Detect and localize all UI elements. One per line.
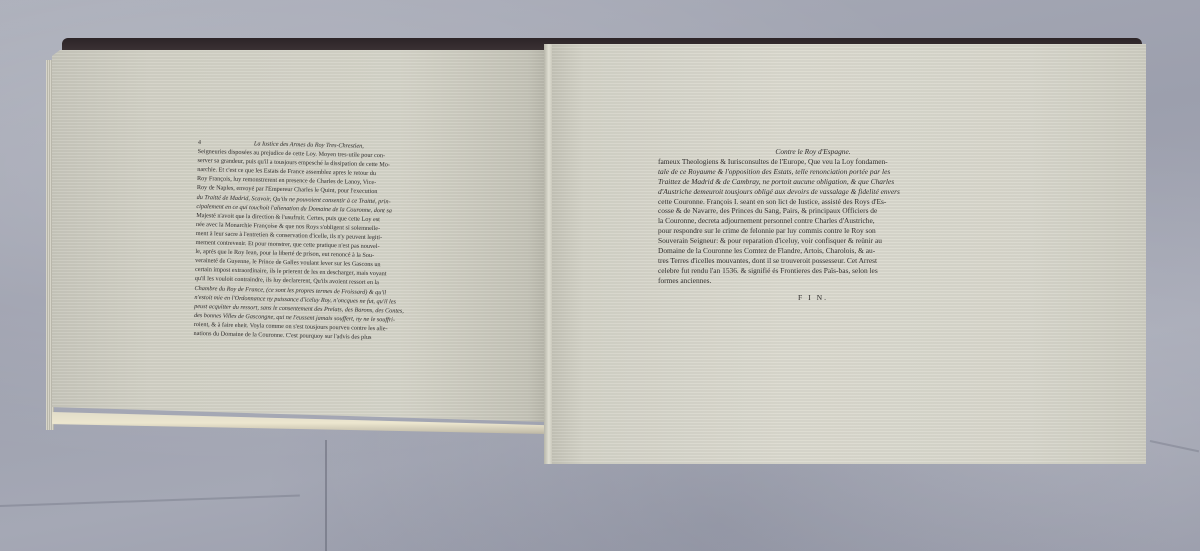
- text-line: la Couronne, decreta adjournement person…: [658, 216, 968, 226]
- cloth-fold: [0, 495, 300, 507]
- text-line: tale de ce Royaume & l'opposition des Es…: [658, 167, 968, 177]
- text-line: celebre fut rendu l'an 1536. & signifié …: [658, 266, 968, 276]
- right-page: Contre le Roy d'Espagne. fameux Theologi…: [548, 44, 1146, 464]
- running-head-title: Contre le Roy d'Espagne.: [775, 147, 850, 157]
- right-page-text: Contre le Roy d'Espagne. fameux Theologi…: [658, 147, 968, 303]
- text-line: formes anciennes.: [658, 276, 968, 286]
- cloth-fold: [1150, 440, 1199, 452]
- book-gutter: [544, 44, 552, 464]
- text-line: Domaine de la Couronne les Comtez de Fla…: [658, 246, 968, 256]
- right-running-head: Contre le Roy d'Espagne.: [658, 147, 968, 157]
- text-line: cette Couronne. François I. seant en son…: [658, 197, 968, 207]
- text-line: cosse & de Navarre, des Princes du Sang,…: [658, 206, 968, 216]
- fin-ending: F I N.: [658, 293, 968, 303]
- left-page-text: 4 La Iustice des Armes du Roy Tres-Chres…: [193, 138, 419, 343]
- text-line: fameux Theologiens & Iurisconsultes de l…: [658, 157, 968, 167]
- text-line: pour respondre sur le crime de felonnie …: [658, 226, 968, 236]
- page-number: 4: [198, 138, 201, 147]
- text-line: d'Austriche demeuroit tousjours obligé a…: [658, 187, 968, 197]
- text-line: tres Terres d'icelles mouvantes, dont il…: [658, 256, 968, 266]
- cloth-seam: [325, 440, 327, 551]
- text-line: Traittez de Madrid & de Cambray, ne port…: [658, 177, 968, 187]
- text-line: Souverain Seigneur: & pour reparation d'…: [658, 236, 968, 246]
- left-page: 4 La Iustice des Armes du Roy Tres-Chres…: [52, 50, 547, 422]
